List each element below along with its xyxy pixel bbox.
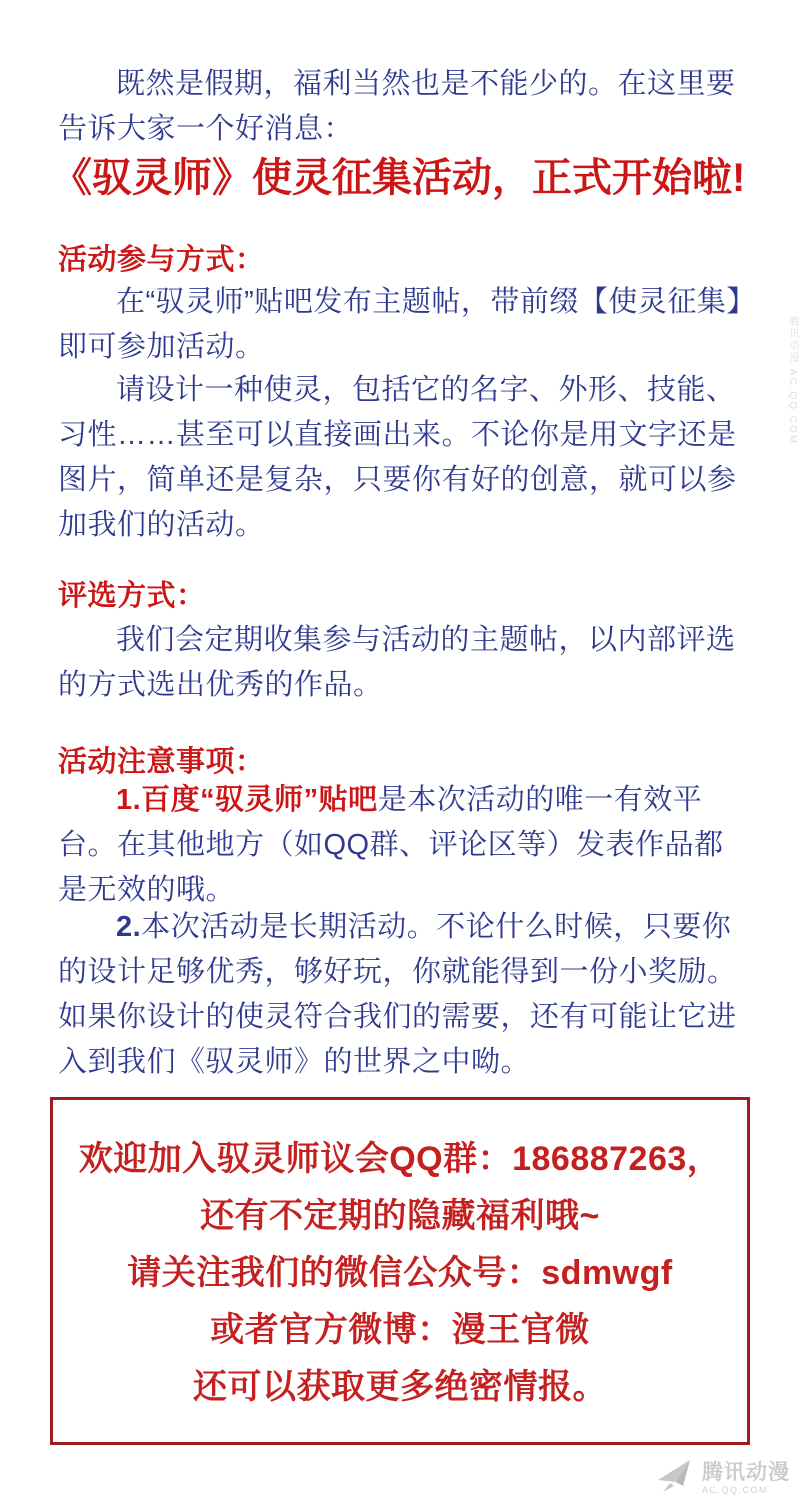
section-heading: 活动参与方式：	[58, 238, 748, 283]
body-paragraph: 在“驭灵师”贴吧发布主题帖，带前缀【使灵征集】即可参加活动。	[58, 280, 748, 370]
paper-plane-icon	[656, 1458, 698, 1499]
announcement-page: 既然是假期，福利当然也是不能少的。在这里要告诉大家一个好消息： 《驭灵师》使灵征…	[0, 0, 800, 1505]
section-selection-heading: 评选方式：	[58, 574, 748, 619]
promo-line-wechat: 请关注我们的微信公众号：sdmwgf	[53, 1245, 747, 1302]
body-paragraph: 我们会定期收集参与活动的主题帖，以内部评选的方式选出优秀的作品。	[58, 618, 748, 708]
note-2-emphasis: 2.	[116, 911, 141, 943]
promo-line-qq-group: 欢迎加入驭灵师议会QQ群：186887263，	[53, 1131, 747, 1188]
section-heading: 评选方式：	[58, 574, 748, 619]
intro-block: 既然是假期，福利当然也是不能少的。在这里要告诉大家一个好消息：	[58, 62, 748, 152]
intro-paragraph: 既然是假期，福利当然也是不能少的。在这里要告诉大家一个好消息：	[58, 62, 748, 152]
side-watermark: 腾讯动漫 AC.QQ.COM	[785, 316, 800, 445]
note-paragraph: 2.本次活动是长期活动。不论什么时候，只要你的设计足够优秀，够好玩，你就能得到一…	[58, 905, 748, 1085]
promo-line-intel: 还可以获取更多绝密情报。	[53, 1359, 747, 1416]
note-2-text: 本次活动是长期活动。不论什么时候，只要你的设计足够优秀，够好玩，你就能得到一份小…	[58, 911, 737, 1078]
brand-name: 腾讯动漫	[702, 1462, 790, 1483]
note-paragraph: 1.百度“驭灵师”贴吧是本次活动的唯一有效平台。在其他地方（如QQ群、评论区等）…	[58, 778, 748, 913]
note-2: 2.本次活动是长期活动。不论什么时候，只要你的设计足够优秀，够好玩，你就能得到一…	[58, 905, 748, 1085]
page-title: 《驭灵师》使灵征集活动，正式开始啦!	[52, 150, 762, 207]
promo-line-weibo: 或者官方微博：漫王官微	[53, 1302, 747, 1359]
brand-site: AC.QQ.COM	[702, 1486, 790, 1495]
brand-watermark: 腾讯动漫 AC.QQ.COM	[656, 1458, 790, 1499]
note-1-emphasis: 1.百度“驭灵师”贴吧	[116, 784, 378, 816]
section-participate-paragraph-2: 请设计一种使灵，包括它的名字、外形、技能、习性……甚至可以直接画出来。不论你是用…	[58, 368, 748, 548]
section-participate-paragraph-1: 在“驭灵师”贴吧发布主题帖，带前缀【使灵征集】即可参加活动。	[58, 280, 748, 370]
brand-watermark-text: 腾讯动漫 AC.QQ.COM	[702, 1462, 790, 1495]
note-1: 1.百度“驭灵师”贴吧是本次活动的唯一有效平台。在其他地方（如QQ群、评论区等）…	[58, 778, 748, 913]
section-selection-paragraph: 我们会定期收集参与活动的主题帖，以内部评选的方式选出优秀的作品。	[58, 618, 748, 708]
promo-box: 欢迎加入驭灵师议会QQ群：186887263， 还有不定期的隐藏福利哦~ 请关注…	[50, 1097, 750, 1445]
promo-line-benefits: 还有不定期的隐藏福利哦~	[53, 1188, 747, 1245]
body-paragraph: 请设计一种使灵，包括它的名字、外形、技能、习性……甚至可以直接画出来。不论你是用…	[58, 368, 748, 548]
section-participate-heading: 活动参与方式：	[58, 238, 748, 283]
